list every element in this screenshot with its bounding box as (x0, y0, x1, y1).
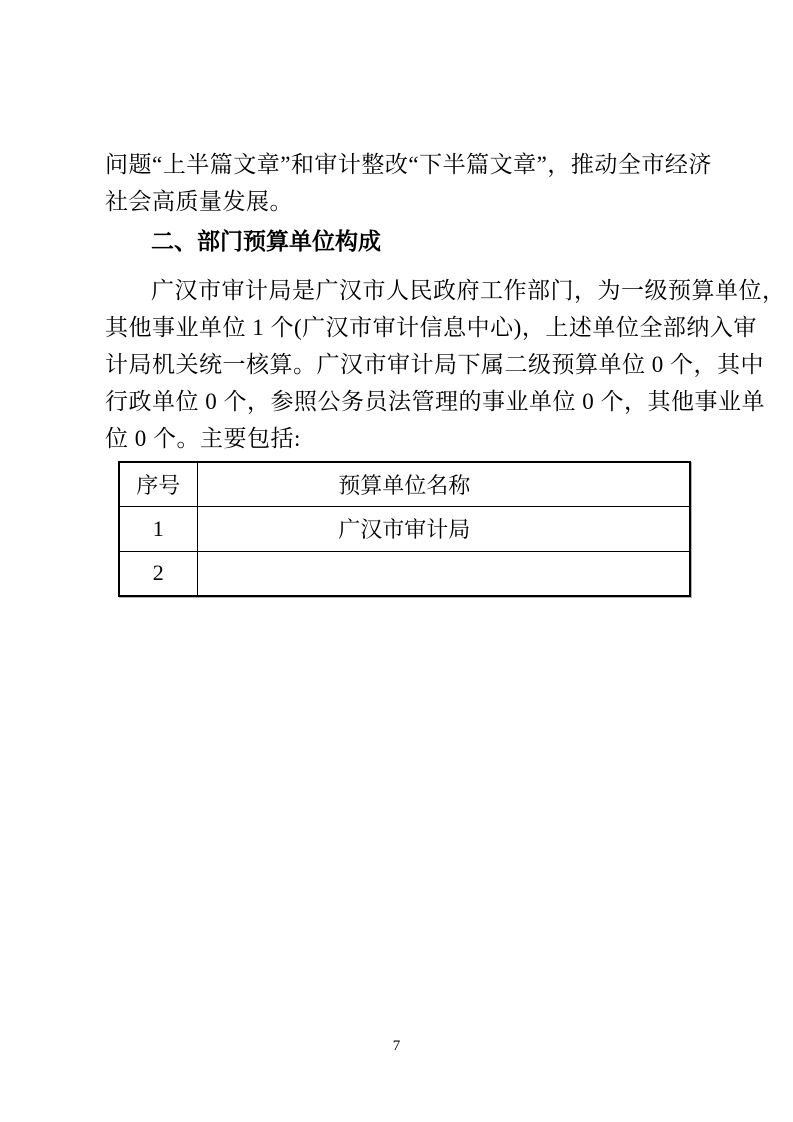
row-index-cell: 2 (119, 551, 197, 596)
table-row: 2 (119, 551, 690, 596)
row-name-cell (197, 551, 690, 596)
table-header-row: 序号 预算单位名称 (119, 462, 690, 506)
body-paragraph-line-1: 广汉市审计局是广汉市人民政府工作部门，为一级预算单位， (105, 272, 689, 309)
page-number: 7 (0, 1036, 793, 1056)
paragraph-overflow-line-1: 问题“上半篇文章”和审计整改“下半篇文章”，推动全市经济 (105, 146, 689, 183)
row-index-cell: 1 (119, 506, 197, 551)
table-header-index: 序号 (119, 462, 197, 506)
page-content: 问题“上半篇文章”和审计整改“下半篇文章”，推动全市经济 社会高质量发展。 二、… (105, 146, 689, 597)
document-page: 问题“上半篇文章”和审计整改“下半篇文章”，推动全市经济 社会高质量发展。 二、… (0, 0, 793, 1122)
paragraph-overflow-line-2: 社会高质量发展。 (105, 183, 689, 220)
section-heading: 二、部门预算单位构成 (105, 222, 689, 260)
budget-units-table: 序号 预算单位名称 1 广汉市审计局 2 (118, 461, 691, 597)
body-paragraph: 广汉市审计局是广汉市人民政府工作部门，为一级预算单位， 其他事业单位 1 个(广… (105, 272, 689, 457)
body-paragraph-line-5: 位 0 个。主要包括: (105, 420, 689, 457)
table-row: 1 广汉市审计局 (119, 506, 690, 551)
body-paragraph-line-3: 计局机关统一核算。广汉市审计局下属二级预算单位 0 个，其中 (105, 346, 689, 383)
body-paragraph-line-2: 其他事业单位 1 个(广汉市审计信息中心)，上述单位全部纳入审 (105, 309, 689, 346)
paragraph-overflow: 问题“上半篇文章”和审计整改“下半篇文章”，推动全市经济 社会高质量发展。 (105, 146, 689, 220)
row-name-cell: 广汉市审计局 (197, 506, 690, 551)
table-header-unit-name: 预算单位名称 (197, 462, 690, 506)
body-paragraph-line-4: 行政单位 0 个，参照公务员法管理的事业单位 0 个，其他事业单 (105, 383, 689, 420)
